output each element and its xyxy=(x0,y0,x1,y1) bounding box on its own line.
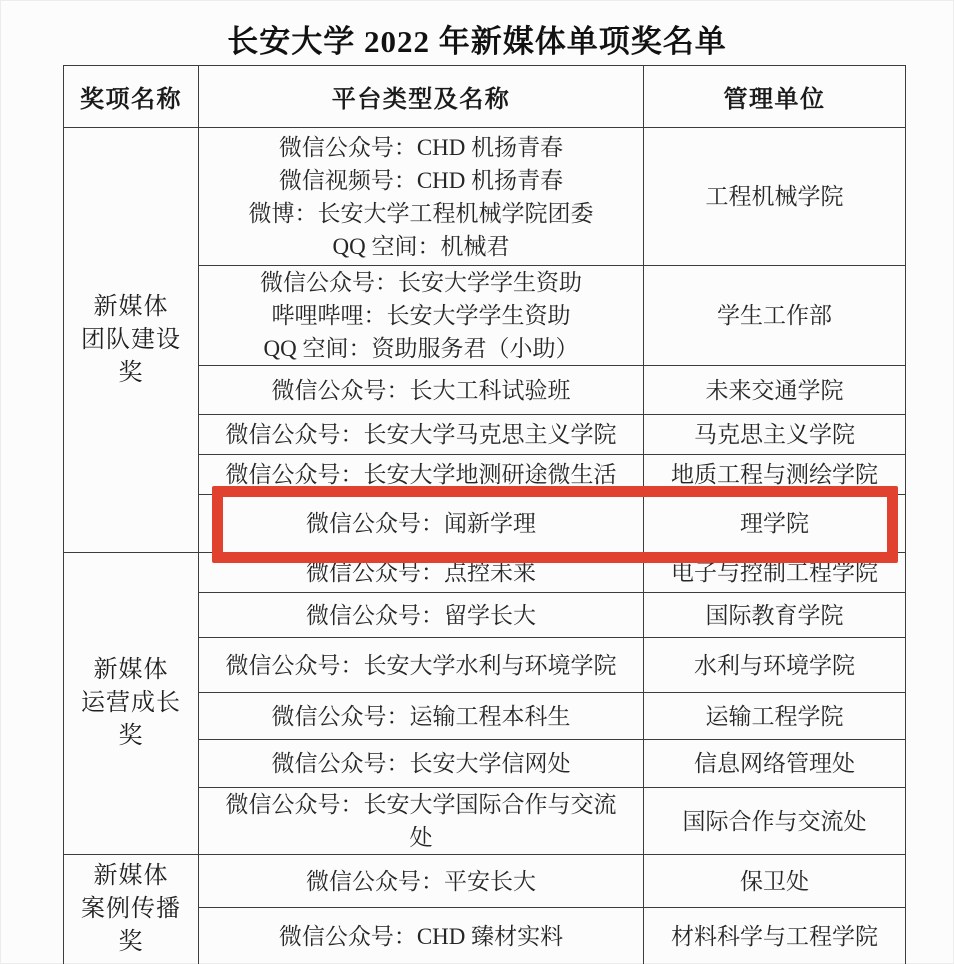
unit-cell: 未来交通学院 xyxy=(644,366,906,415)
platform-line: 微信公众号：CHD 机扬青春 xyxy=(203,131,639,164)
platform-line: 微信公众号：长安大学地测研途微生活 xyxy=(203,458,639,491)
platform-line: 微信公众号：留学长大 xyxy=(203,599,639,632)
awards-table: 奖项名称 平台类型及名称 管理单位 新媒体 团队建设 奖 微信公众号：CHD 机… xyxy=(63,65,906,964)
platform-cell: 微信公众号：点控未来 xyxy=(199,553,644,593)
platform-cell: 微信公众号：平安长大 xyxy=(199,855,644,908)
platform-line: 微信公众号：长大工科试验班 xyxy=(203,374,639,407)
platform-line: 哔哩哔哩：长安大学学生资助 xyxy=(203,299,639,332)
unit-cell: 材料科学与工程学院 xyxy=(644,908,906,964)
unit-cell: 工程机械学院 xyxy=(644,128,906,266)
platform-cell: 微信公众号：长安大学国际合作与交流 处 xyxy=(199,788,644,855)
unit-cell: 保卫处 xyxy=(644,855,906,908)
document-page: 长安大学 2022 年新媒体单项奖名单 奖项名称 平台类型及名称 管理单位 新媒… xyxy=(0,0,954,964)
award-cell-group3: 新媒体 案例传播 奖 xyxy=(64,855,199,964)
award-line: 新媒体 xyxy=(68,860,194,893)
unit-cell: 马克思主义学院 xyxy=(644,415,906,455)
column-header-platform: 平台类型及名称 xyxy=(199,66,644,128)
platform-cell: 微信公众号：长安大学马克思主义学院 xyxy=(199,415,644,455)
column-header-unit: 管理单位 xyxy=(644,66,906,128)
header-row: 奖项名称 平台类型及名称 管理单位 xyxy=(64,66,906,128)
platform-cell: 微信公众号：运输工程本科生 xyxy=(199,693,644,740)
platform-cell: 微信公众号：长安大学水利与环境学院 xyxy=(199,638,644,693)
award-line: 奖 xyxy=(68,720,194,753)
award-line: 案例传播 xyxy=(68,893,194,926)
unit-cell: 国际合作与交流处 xyxy=(644,788,906,855)
platform-cell: 微信公众号：留学长大 xyxy=(199,593,644,638)
platform-line: 微信公众号：闻新学理 xyxy=(203,507,639,540)
platform-cell: 微信公众号：CHD 机扬青春 微信视频号：CHD 机扬青春 微博：长安大学工程机… xyxy=(199,128,644,266)
award-cell-group2: 新媒体 运营成长 奖 xyxy=(64,553,199,855)
table-row: 新媒体 案例传播 奖 微信公众号：平安长大 保卫处 xyxy=(64,855,906,908)
platform-cell: 微信公众号：长安大学学生资助 哔哩哔哩：长安大学学生资助 QQ 空间：资助服务君… xyxy=(199,266,644,366)
platform-line: 微信公众号：长安大学国际合作与交流 xyxy=(203,788,639,821)
unit-cell: 学生工作部 xyxy=(644,266,906,366)
platform-line: 处 xyxy=(203,821,639,854)
unit-cell: 国际教育学院 xyxy=(644,593,906,638)
award-line: 团队建设 xyxy=(68,324,194,357)
platform-line: 微信公众号：长安大学学生资助 xyxy=(203,266,639,299)
platform-cell: 微信公众号：CHD 臻材实料 xyxy=(199,908,644,964)
award-line: 运营成长 xyxy=(68,687,194,720)
platform-line: 微信公众号：长安大学马克思主义学院 xyxy=(203,418,639,451)
unit-cell: 信息网络管理处 xyxy=(644,740,906,788)
platform-cell: 微信公众号：闻新学理 xyxy=(199,495,644,553)
award-line: 奖 xyxy=(68,357,194,390)
table-row: 新媒体 运营成长 奖 微信公众号：点控未来 电子与控制工程学院 xyxy=(64,553,906,593)
platform-line: 微信公众号：CHD 臻材实料 xyxy=(203,920,639,953)
platform-cell: 微信公众号：长安大学信网处 xyxy=(199,740,644,788)
unit-cell: 水利与环境学院 xyxy=(644,638,906,693)
table-row: 新媒体 团队建设 奖 微信公众号：CHD 机扬青春 微信视频号：CHD 机扬青春… xyxy=(64,128,906,266)
platform-line: 微博：长安大学工程机械学院团委 xyxy=(203,197,639,230)
unit-cell: 理学院 xyxy=(644,495,906,553)
platform-line: 微信公众号：长安大学信网处 xyxy=(203,747,639,780)
award-cell-group1: 新媒体 团队建设 奖 xyxy=(64,128,199,553)
platform-line: QQ 空间：机械君 xyxy=(203,230,639,263)
platform-line: 微信公众号：长安大学水利与环境学院 xyxy=(203,649,639,682)
platform-line: 微信公众号：平安长大 xyxy=(203,865,639,898)
platform-cell: 微信公众号：长安大学地测研途微生活 xyxy=(199,455,644,495)
platform-cell: 微信公众号：长大工科试验班 xyxy=(199,366,644,415)
unit-cell: 地质工程与测绘学院 xyxy=(644,455,906,495)
platform-line: 微信视频号：CHD 机扬青春 xyxy=(203,164,639,197)
unit-cell: 运输工程学院 xyxy=(644,693,906,740)
award-line: 新媒体 xyxy=(68,291,194,324)
unit-cell: 电子与控制工程学院 xyxy=(644,553,906,593)
award-line: 新媒体 xyxy=(68,654,194,687)
platform-line: QQ 空间：资助服务君（小助） xyxy=(203,332,639,365)
award-line: 奖 xyxy=(68,926,194,959)
platform-line: 微信公众号：运输工程本科生 xyxy=(203,700,639,733)
column-header-award: 奖项名称 xyxy=(64,66,199,128)
platform-line: 微信公众号：点控未来 xyxy=(203,556,639,589)
page-title: 长安大学 2022 年新媒体单项奖名单 xyxy=(0,16,954,61)
